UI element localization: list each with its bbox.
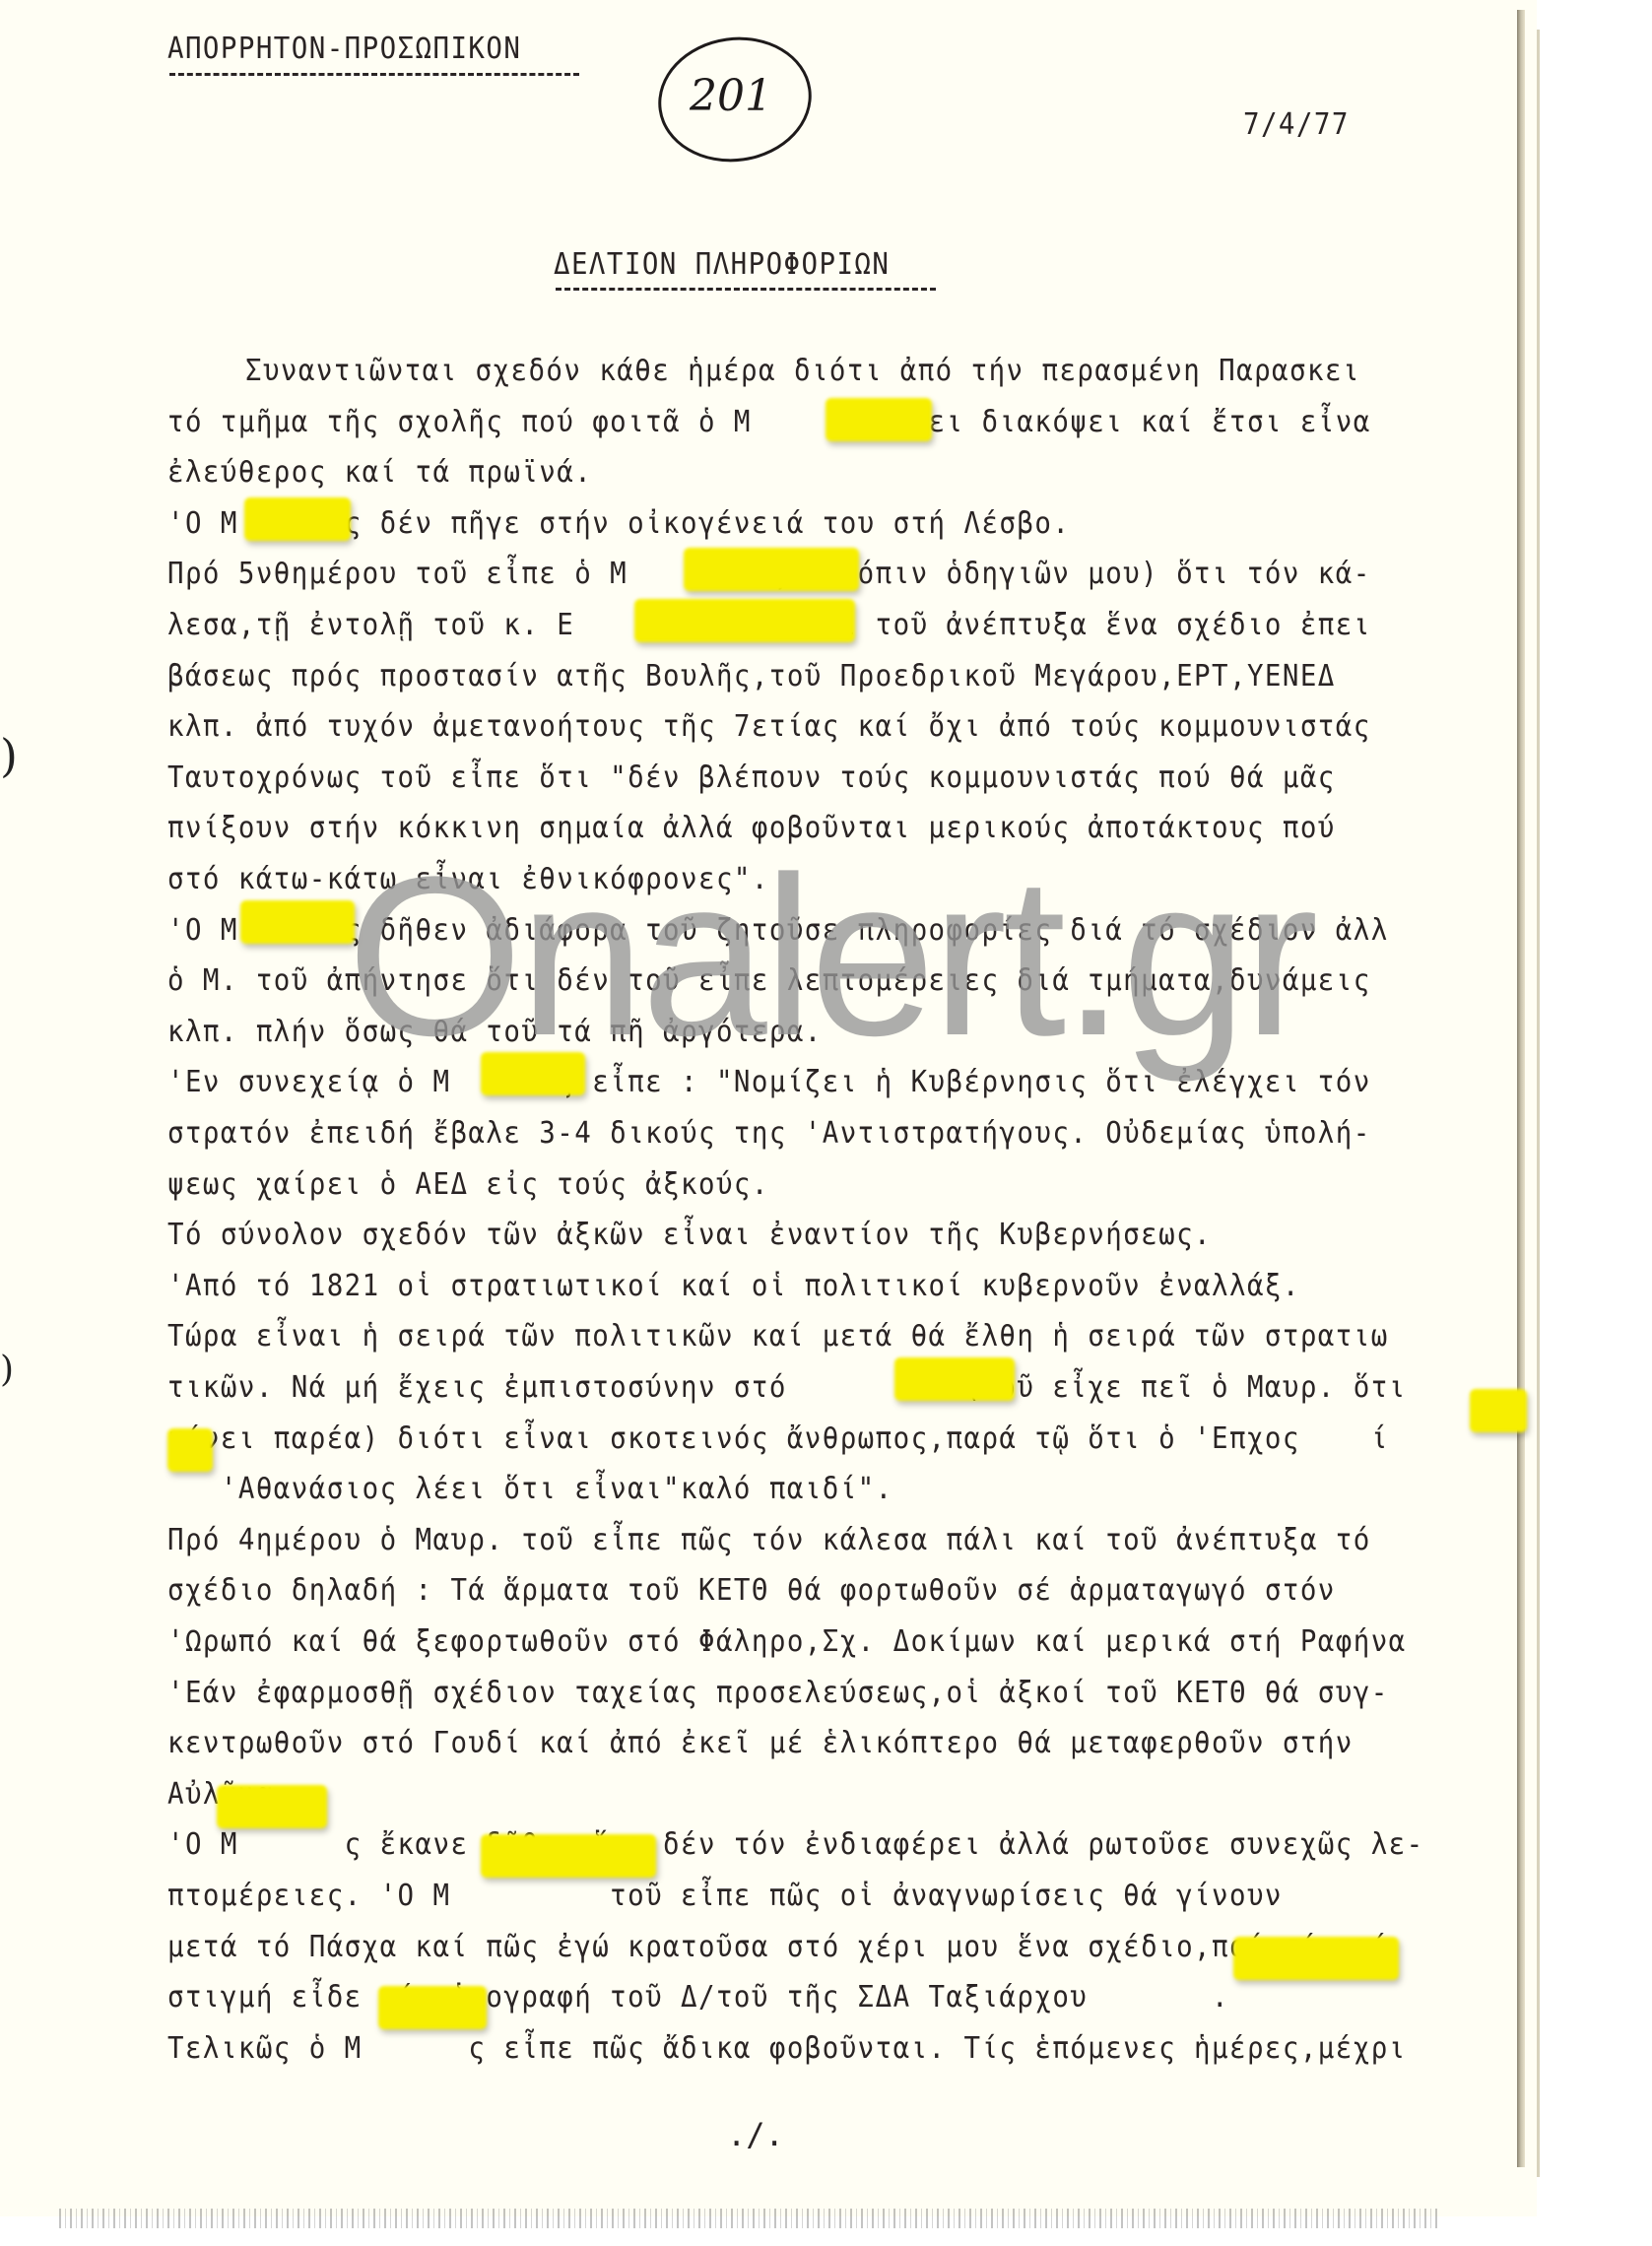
body-line: πτομέρειες. 'Ο M τοῦ εἶπε πῶς οἱ ἀναγνωρ… <box>167 1882 1283 1912</box>
continuation-mark: ./. <box>727 2116 784 2153</box>
redaction-mark <box>826 398 932 441</box>
redaction-mark <box>1470 1389 1527 1432</box>
redaction-mark <box>240 900 355 944</box>
redaction-mark <box>684 548 859 591</box>
body-line: 'Αθανάσιος λέει ὅτι εἶναι"καλό παιδί". <box>167 1475 893 1505</box>
body-line: σχέδιο δηλαδή : Τά ἅρματα τοῦ ΚΕΤΘ θά φο… <box>167 1576 1336 1607</box>
body-line: 'Ο M ς ἔκανε δῆθεν ὅτι δέν τόν ἐνδιαφέρε… <box>167 1830 1424 1861</box>
body-line: 'Εάν ἐφαρμοσθῇ σχέδιον ταχείας προσελεύσ… <box>167 1679 1389 1709</box>
title-underline <box>556 288 936 291</box>
redaction-mark <box>634 599 855 642</box>
body-line: κεντρωθοῦν στό Γουδί καί ἀπό ἐκεῖ μέ ἑλι… <box>167 1729 1354 1759</box>
classification-label: ΑΠΟΡΡΗΤΟΝ-ΠΡΟΣΩΠΙΚΟΝ <box>167 34 521 65</box>
page-edge-shadow <box>1517 10 1525 2167</box>
redaction-mark <box>217 1785 327 1828</box>
document-title: ΔΕΛΤΙΟΝ ΠΛΗΡΟΦΟΡΙΩΝ <box>554 250 890 281</box>
body-line: βάσεως πρός προστασίν ατῆς Βουλῆς,τοῦ Πρ… <box>167 662 1336 693</box>
body-line: Τώρα εἶναι ἡ σειρά τῶν πολιτικῶν καί μετ… <box>167 1322 1389 1353</box>
body-line: 'Από τό 1821 οἱ στρατιωτικοί καί οἱ πολι… <box>167 1272 1300 1302</box>
torn-bottom-edge <box>59 2209 1438 2228</box>
body-line: Ταυτοχρόνως τοῦ εἶπε ὅτι "δέν βλέπουν το… <box>167 763 1336 794</box>
margin-bracket-mark: ) <box>0 729 18 782</box>
body-line: στιγμή εἶδε τήν ὑπογραφή τοῦ Δ/τοῦ τῆς Σ… <box>167 1983 1229 2014</box>
body-line: κάνει παρέα) διότι εἶναι σκοτεινός ἄνθρω… <box>167 1424 1389 1455</box>
body-line: Συναντιῶνται σχεδόν κάθε ἡμέρα διότι ἀπό… <box>245 357 1360 387</box>
body-line: τικῶν. Νά μή ἔχεις ἐμπιστοσύνην στό ᾶ (τ… <box>167 1373 1407 1404</box>
body-line: στρατόν ἐπειδή ἔβαλε 3-4 δικούς της 'Αντ… <box>167 1119 1371 1150</box>
watermark: Onalert.gr <box>347 843 1315 1070</box>
margin-bracket-mark: ) <box>0 1350 14 1390</box>
body-line: Πρό 4ημέρου ὁ Μαυρ. τοῦ εἶπε πῶς τόν κάλ… <box>167 1526 1371 1556</box>
body-line: 'Ωρωπό καί θά ξεφορτωθοῦν στό Φάληρο,Σχ.… <box>167 1627 1407 1658</box>
classification-underline <box>169 73 579 76</box>
body-line: ἐλεύθερος καί τά πρωϊνά. <box>167 458 592 489</box>
redaction-mark <box>378 1986 487 2029</box>
handwritten-number: 201 <box>690 71 772 121</box>
body-line: τό τμῆμα τῆς σχολῆς πού φοιτᾶ ὁ M ς ἔχει… <box>167 408 1371 438</box>
redaction-mark <box>167 1428 213 1472</box>
document-date: 7/4/77 <box>1243 110 1350 141</box>
body-line: Τελικῶς ὁ M ς εἶπε πῶς ἄδικα φοβοῦνται. … <box>167 2034 1407 2065</box>
redaction-mark <box>894 1357 1015 1401</box>
document-page: ΑΠΟΡΡΗΤΟΝ-ΠΡΟΣΩΠΙΚΟΝ 201 7/4/77 ΔΕΛΤΙΟΝ … <box>0 0 1537 2216</box>
page-edge-underlay <box>1537 30 1540 2177</box>
body-line: μετά τό Πάσχα καί πῶς ἐγώ κρατοῦσα στό χ… <box>167 1933 1389 1963</box>
redaction-mark <box>244 497 351 541</box>
body-line: ψεως χαίρει ὁ ΑΕΔ εἰς τούς ἀξκούς. <box>167 1170 769 1201</box>
redaction-mark <box>481 1834 656 1878</box>
body-line: Τό σύνολον σχεδόν τῶν ἀξκῶν εἶναι ἐναντί… <box>167 1221 1212 1251</box>
body-line: κλπ. ἀπό τυχόν ἀμετανοήτους τῆς 7ετίας κ… <box>167 712 1371 743</box>
redaction-mark <box>1233 1937 1399 1980</box>
